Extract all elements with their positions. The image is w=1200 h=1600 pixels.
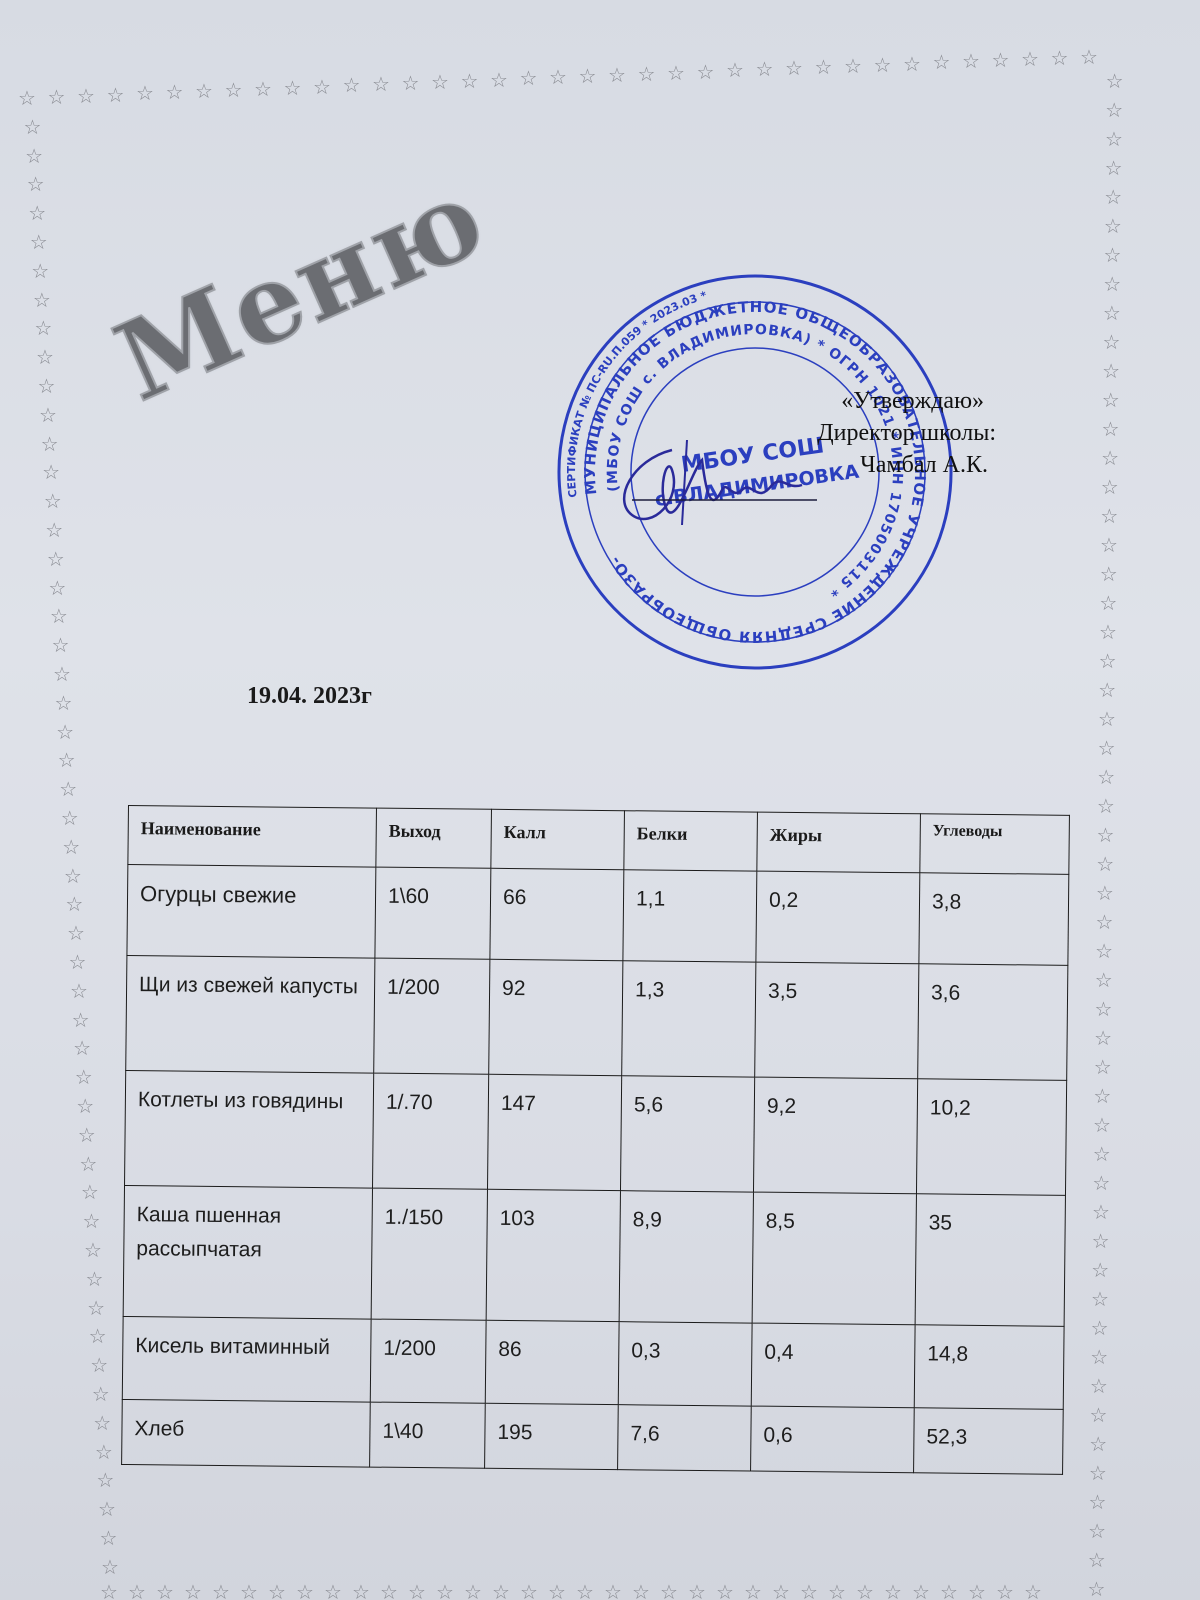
cell-carbs: 10,2 <box>916 1079 1066 1196</box>
table-row: Кисель витаминный1/200860,30,414,8 <box>122 1316 1064 1409</box>
star-icon: ☆ <box>45 518 63 542</box>
approval-position: Директор школы: <box>736 417 996 449</box>
cell-kcal: 92 <box>489 959 623 1075</box>
star-icon: ☆ <box>324 1580 342 1600</box>
cell-name: Щи из свежей капусты <box>126 955 375 1073</box>
star-icon: ☆ <box>1096 910 1114 934</box>
star-icon: ☆ <box>72 1008 90 1032</box>
star-icon: ☆ <box>136 81 154 105</box>
star-icon: ☆ <box>1093 1142 1111 1166</box>
star-icon: ☆ <box>785 56 803 80</box>
cell-carbs: 3,8 <box>919 873 1069 966</box>
star-icon: ☆ <box>93 1411 111 1435</box>
cell-kcal: 66 <box>490 868 624 960</box>
star-icon: ☆ <box>874 53 892 77</box>
star-icon: ☆ <box>268 1580 286 1600</box>
star-icon: ☆ <box>51 633 69 657</box>
star-icon: ☆ <box>1104 243 1122 267</box>
star-icon: ☆ <box>44 489 62 513</box>
star-icon: ☆ <box>772 1580 790 1600</box>
star-icon: ☆ <box>1096 852 1114 876</box>
star-icon: ☆ <box>638 62 656 86</box>
star-icon: ☆ <box>1103 301 1121 325</box>
star-icon: ☆ <box>86 1267 104 1291</box>
star-icon: ☆ <box>89 1324 107 1348</box>
cell-output: 1\60 <box>375 867 491 959</box>
star-icon: ☆ <box>1092 1200 1110 1224</box>
cell-fat: 0,4 <box>751 1323 915 1408</box>
star-icon: ☆ <box>81 1180 99 1204</box>
star-icon: ☆ <box>95 1440 113 1464</box>
star-icon: ☆ <box>1094 1026 1112 1050</box>
star-icon: ☆ <box>296 1580 314 1600</box>
star-icon: ☆ <box>73 1036 91 1060</box>
star-icon: ☆ <box>1096 881 1114 905</box>
star-icon: ☆ <box>579 64 597 88</box>
star-icon: ☆ <box>1100 533 1118 557</box>
star-icon: ☆ <box>1103 272 1121 296</box>
star-icon: ☆ <box>756 57 774 81</box>
star-icon: ☆ <box>1080 45 1098 69</box>
star-icon: ☆ <box>1088 1548 1106 1572</box>
star-icon: ☆ <box>1098 736 1116 760</box>
star-icon: ☆ <box>402 71 420 95</box>
star-icon: ☆ <box>912 1580 930 1600</box>
star-icon: ☆ <box>1092 1229 1110 1253</box>
star-icon: ☆ <box>98 1497 116 1521</box>
star-icon: ☆ <box>520 66 538 90</box>
cell-kcal: 195 <box>485 1403 619 1469</box>
cell-output: 1/200 <box>370 1319 486 1403</box>
star-icon: ☆ <box>69 950 87 974</box>
menu-title: Меню <box>99 154 503 426</box>
star-icon: ☆ <box>608 63 626 87</box>
star-icon: ☆ <box>576 1580 594 1600</box>
menu-table: Наименование Выход Калл Белки Жиры Углев… <box>121 805 1070 1475</box>
star-icon: ☆ <box>75 1065 93 1089</box>
cell-kcal: 86 <box>485 1320 619 1404</box>
star-icon: ☆ <box>1087 1577 1105 1600</box>
cell-kcal: 147 <box>487 1074 621 1190</box>
star-icon: ☆ <box>933 50 951 74</box>
star-icon: ☆ <box>632 1580 650 1600</box>
star-icon: ☆ <box>996 1580 1014 1600</box>
star-icon: ☆ <box>436 1580 454 1600</box>
star-icon: ☆ <box>41 432 59 456</box>
star-icon: ☆ <box>1093 1113 1111 1137</box>
menu-page: ☆☆☆☆☆☆☆☆☆☆☆☆☆☆☆☆☆☆☆☆☆☆☆☆☆☆☆☆☆☆☆☆☆☆☆☆☆☆☆☆… <box>0 0 1200 1600</box>
table-header-row: Наименование Выход Калл Белки Жиры Углев… <box>128 806 1070 875</box>
star-icon: ☆ <box>107 83 125 107</box>
star-icon: ☆ <box>84 1238 102 1262</box>
star-icon: ☆ <box>78 1123 96 1147</box>
menu-date: 19.04. 2023г <box>247 683 372 710</box>
star-icon: ☆ <box>1099 620 1117 644</box>
star-icon: ☆ <box>31 259 49 283</box>
star-icon: ☆ <box>968 1580 986 1600</box>
approval-signer: Чамбал А.К. <box>736 449 996 481</box>
star-icon: ☆ <box>1100 504 1118 528</box>
star-icon: ☆ <box>490 68 508 92</box>
star-icon: ☆ <box>61 806 79 830</box>
star-icon: ☆ <box>284 76 302 100</box>
star-icon: ☆ <box>1088 1519 1106 1543</box>
star-icon: ☆ <box>520 1580 538 1600</box>
star-icon: ☆ <box>667 61 685 85</box>
star-icon: ☆ <box>1097 765 1115 789</box>
star-icon: ☆ <box>77 84 95 108</box>
star-icon: ☆ <box>844 54 862 78</box>
cell-protein: 1,3 <box>622 961 756 1077</box>
star-icon: ☆ <box>36 345 54 369</box>
header-output: Выход <box>376 808 492 868</box>
star-icon: ☆ <box>352 1580 370 1600</box>
star-icon: ☆ <box>313 75 331 99</box>
star-icon: ☆ <box>828 1580 846 1600</box>
star-icon: ☆ <box>1089 1461 1107 1485</box>
star-icon: ☆ <box>79 1152 97 1176</box>
star-icon: ☆ <box>1097 823 1115 847</box>
star-icon: ☆ <box>1102 388 1120 412</box>
star-icon: ☆ <box>240 1580 258 1600</box>
cell-output: 1/200 <box>374 958 490 1074</box>
star-icon: ☆ <box>464 1580 482 1600</box>
star-icon: ☆ <box>90 1353 108 1377</box>
star-icon: ☆ <box>70 979 88 1003</box>
star-icon: ☆ <box>744 1580 762 1600</box>
star-icon: ☆ <box>184 1580 202 1600</box>
cell-output: 1/.70 <box>373 1073 489 1189</box>
star-icon: ☆ <box>1102 359 1120 383</box>
star-icon: ☆ <box>1100 562 1118 586</box>
star-icon: ☆ <box>50 604 68 628</box>
cell-carbs: 52,3 <box>914 1408 1064 1475</box>
star-icon: ☆ <box>1099 591 1117 615</box>
star-icon: ☆ <box>726 58 744 82</box>
approval-heading: «Утверждаю» <box>736 385 996 417</box>
star-icon: ☆ <box>1092 1171 1110 1195</box>
star-icon: ☆ <box>1101 475 1119 499</box>
cell-fat: 0,2 <box>756 871 920 964</box>
star-icon: ☆ <box>1021 47 1039 71</box>
cell-carbs: 35 <box>915 1194 1065 1327</box>
star-icon: ☆ <box>1091 1258 1109 1282</box>
star-icon: ☆ <box>1097 794 1115 818</box>
cell-name: Огурцы свежие <box>127 865 376 959</box>
star-icon: ☆ <box>408 1580 426 1600</box>
cell-protein: 5,6 <box>620 1076 754 1192</box>
star-icon: ☆ <box>39 403 57 427</box>
star-icon: ☆ <box>604 1580 622 1600</box>
star-icon: ☆ <box>96 1468 114 1492</box>
cell-protein: 1,1 <box>623 870 757 962</box>
star-icon: ☆ <box>25 144 43 168</box>
star-icon: ☆ <box>1101 417 1119 441</box>
star-icon: ☆ <box>30 230 48 254</box>
star-icon: ☆ <box>212 1580 230 1600</box>
header-carbs: Углеводы <box>920 814 1070 875</box>
star-icon: ☆ <box>1090 1403 1108 1427</box>
table-row: Котлеты из говядины1/.701475,69,210,2 <box>125 1070 1067 1195</box>
star-icon: ☆ <box>1095 939 1113 963</box>
star-icon: ☆ <box>64 864 82 888</box>
approval-block: «Утверждаю» Директор школы: Чамбал А.К. <box>736 385 996 481</box>
star-icon: ☆ <box>1091 1287 1109 1311</box>
star-icon: ☆ <box>1024 1580 1042 1600</box>
star-icon: ☆ <box>48 85 66 109</box>
star-icon: ☆ <box>1093 1084 1111 1108</box>
cell-name: Кисель витаминный <box>122 1316 371 1402</box>
cell-kcal: 103 <box>486 1189 620 1321</box>
star-icon: ☆ <box>962 49 980 73</box>
star-icon: ☆ <box>24 115 42 139</box>
star-icon: ☆ <box>59 777 77 801</box>
star-icon: ☆ <box>58 748 76 772</box>
star-icon: ☆ <box>47 547 65 571</box>
star-icon: ☆ <box>87 1296 105 1320</box>
star-icon: ☆ <box>884 1580 902 1600</box>
star-icon: ☆ <box>697 60 715 84</box>
star-icon: ☆ <box>815 55 833 79</box>
cell-carbs: 3,6 <box>918 964 1068 1081</box>
star-icon: ☆ <box>38 374 56 398</box>
star-icon: ☆ <box>1105 98 1123 122</box>
cell-output: 1\40 <box>370 1402 486 1468</box>
cell-fat: 8,5 <box>752 1192 916 1325</box>
star-icon: ☆ <box>1094 997 1112 1021</box>
header-name: Наименование <box>128 806 377 868</box>
cell-protein: 8,9 <box>619 1191 753 1323</box>
star-icon: ☆ <box>56 720 74 744</box>
star-icon: ☆ <box>343 73 361 97</box>
star-icon: ☆ <box>800 1580 818 1600</box>
star-icon: ☆ <box>1051 46 1069 70</box>
star-icon: ☆ <box>42 460 60 484</box>
star-icon: ☆ <box>549 65 567 89</box>
star-icon: ☆ <box>55 691 73 715</box>
star-icon: ☆ <box>461 69 479 93</box>
star-icon: ☆ <box>62 835 80 859</box>
cell-name: Котлеты из говядины <box>125 1070 374 1188</box>
star-icon: ☆ <box>76 1094 94 1118</box>
star-icon: ☆ <box>1089 1490 1107 1514</box>
cell-protein: 0,3 <box>618 1322 752 1406</box>
star-icon: ☆ <box>1105 156 1123 180</box>
cell-fat: 3,5 <box>755 962 919 1079</box>
cell-output: 1./150 <box>371 1188 487 1320</box>
star-icon: ☆ <box>940 1580 958 1600</box>
star-icon: ☆ <box>82 1209 100 1233</box>
star-icon: ☆ <box>1104 214 1122 238</box>
table-row: Огурцы свежие1\60661,10,23,8 <box>127 865 1069 966</box>
star-icon: ☆ <box>67 921 85 945</box>
cell-name: Каша пшенная рассыпчатая <box>123 1185 372 1319</box>
header-fat: Жиры <box>757 812 921 873</box>
star-icon: ☆ <box>1098 707 1116 731</box>
star-icon: ☆ <box>100 1580 118 1600</box>
star-icon: ☆ <box>225 78 243 102</box>
star-icon: ☆ <box>18 86 36 110</box>
star-icon: ☆ <box>34 316 52 340</box>
star-icon: ☆ <box>1103 330 1121 354</box>
star-icon: ☆ <box>1105 127 1123 151</box>
star-icon: ☆ <box>166 80 184 104</box>
cell-fat: 0,6 <box>751 1406 915 1473</box>
star-icon: ☆ <box>195 79 213 103</box>
star-icon: ☆ <box>372 72 390 96</box>
star-icon: ☆ <box>492 1580 510 1600</box>
star-icon: ☆ <box>101 1555 119 1579</box>
star-icon: ☆ <box>65 892 83 916</box>
star-icon: ☆ <box>1090 1374 1108 1398</box>
star-icon: ☆ <box>688 1580 706 1600</box>
star-icon: ☆ <box>1099 649 1117 673</box>
star-icon: ☆ <box>48 576 66 600</box>
star-icon: ☆ <box>1094 1055 1112 1079</box>
star-icon: ☆ <box>1098 678 1116 702</box>
star-icon: ☆ <box>128 1580 146 1600</box>
star-icon: ☆ <box>1104 185 1122 209</box>
star-icon: ☆ <box>380 1580 398 1600</box>
table-row: Каша пшенная рассыпчатая1./1501038,98,53… <box>123 1185 1065 1326</box>
star-icon: ☆ <box>1091 1316 1109 1340</box>
cell-protein: 7,6 <box>618 1405 752 1471</box>
header-protein: Белки <box>624 811 758 871</box>
star-icon: ☆ <box>903 52 921 76</box>
cell-carbs: 14,8 <box>914 1325 1064 1410</box>
star-icon: ☆ <box>33 288 51 312</box>
star-icon: ☆ <box>100 1526 118 1550</box>
star-icon: ☆ <box>254 77 272 101</box>
star-icon: ☆ <box>716 1580 734 1600</box>
header-kcal: Калл <box>491 809 625 869</box>
star-icon: ☆ <box>660 1580 678 1600</box>
star-icon: ☆ <box>156 1580 174 1600</box>
star-icon: ☆ <box>856 1580 874 1600</box>
star-icon: ☆ <box>431 70 449 94</box>
cell-name: Хлеб <box>122 1399 371 1467</box>
star-icon: ☆ <box>1095 968 1113 992</box>
star-icon: ☆ <box>992 48 1010 72</box>
star-icon: ☆ <box>1089 1432 1107 1456</box>
star-icon: ☆ <box>548 1580 566 1600</box>
star-icon: ☆ <box>92 1382 110 1406</box>
star-icon: ☆ <box>1090 1345 1108 1369</box>
star-icon: ☆ <box>1101 446 1119 470</box>
star-icon: ☆ <box>27 172 45 196</box>
star-icon: ☆ <box>53 662 71 686</box>
star-icon: ☆ <box>28 201 46 225</box>
star-icon: ☆ <box>1106 69 1124 93</box>
cell-fat: 9,2 <box>753 1077 917 1194</box>
table-row: Хлеб1\401957,60,652,3 <box>122 1399 1064 1474</box>
table-row: Щи из свежей капусты1/200921,33,53,6 <box>126 955 1068 1080</box>
